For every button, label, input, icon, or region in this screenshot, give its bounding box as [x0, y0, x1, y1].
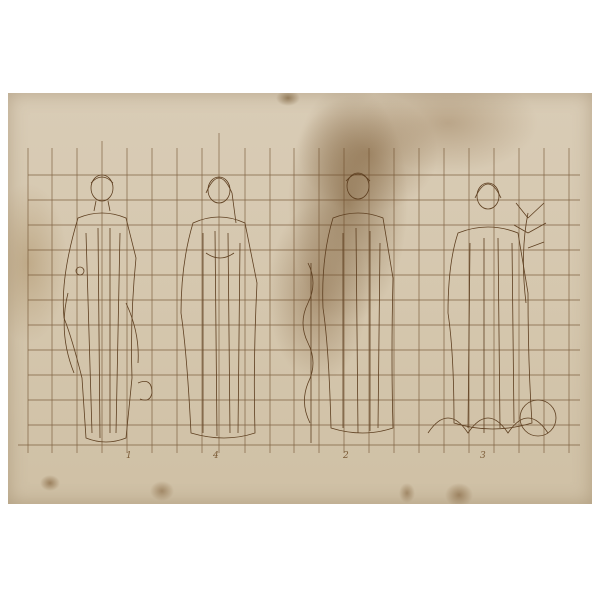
- drawing-grid-and-figures: [8, 93, 592, 504]
- figure-number-3: 3: [480, 451, 486, 461]
- figure-3: [428, 183, 556, 436]
- artwork-paper: 1 4 2 3: [8, 93, 592, 504]
- figure-1: [63, 175, 152, 442]
- figure-2: [303, 173, 393, 443]
- figure-number-1: 1: [126, 451, 132, 461]
- figure-number-4: 4: [213, 451, 219, 461]
- figure-number-2: 2: [343, 451, 349, 461]
